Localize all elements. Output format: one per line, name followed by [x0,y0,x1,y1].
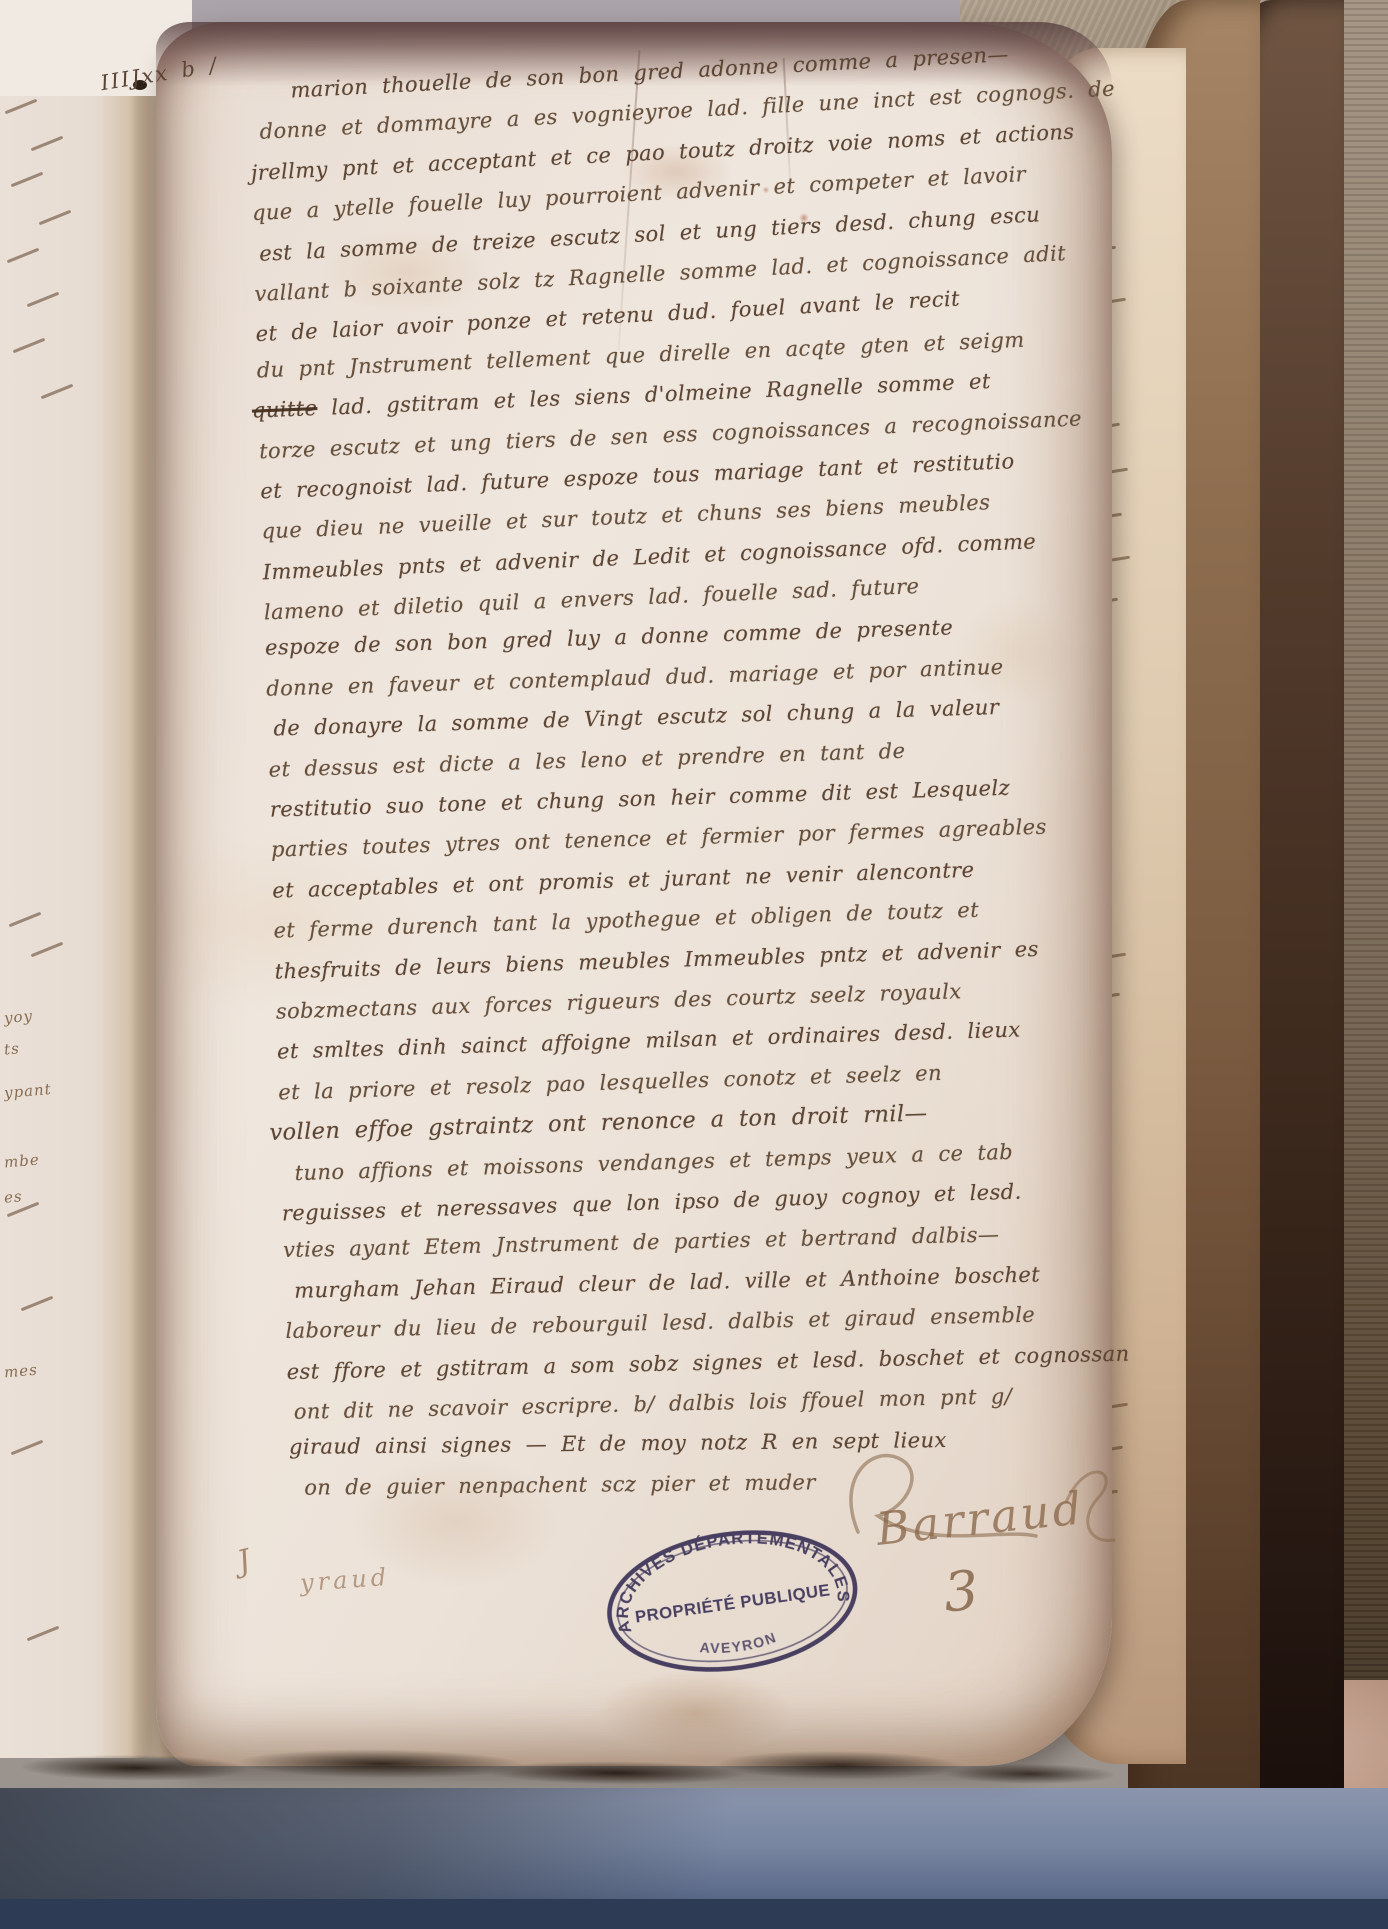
ink-dash [5,99,38,115]
svg-text:AVEYRON: AVEYRON [697,1629,780,1661]
struck-word: quitte [251,396,317,423]
ink-dash [11,1440,44,1456]
ink-dash [27,1626,60,1642]
verso-text-fragment: ypant [3,1080,52,1102]
ink-dash [21,1296,54,1312]
ink-dash [41,384,74,400]
verso-text-fragment: mes [3,1361,38,1382]
ink-dash [31,942,64,958]
verso-text-fragment: mbe [3,1150,40,1171]
ink-dash [7,248,40,264]
ink-dash [11,172,44,188]
verso-text-fragment: ts [3,1039,20,1058]
notary-paraph: 3 [941,1559,981,1625]
bottom-edge-stain [0,1730,1120,1808]
ink-dash [39,210,72,226]
photo-of-manuscript: yoytsypantmbeesmes marion thouelle de so… [0,0,1388,1929]
ink-dash [27,292,60,308]
ink-dash [31,136,64,152]
ink-dash [9,912,42,928]
stamp-text-middle: PROPRIÉTÉ PUBLIQUE [634,1580,832,1626]
verso-text-fragment: yoy [3,1007,33,1027]
table-surface [0,1788,1388,1929]
manuscript-lines: marion thouelle de son bon gred adonne c… [248,46,1171,1526]
verso-text-fragment: es [3,1187,23,1207]
ink-dash [13,338,46,354]
stamp-text-bottom: AVEYRON [697,1629,780,1661]
